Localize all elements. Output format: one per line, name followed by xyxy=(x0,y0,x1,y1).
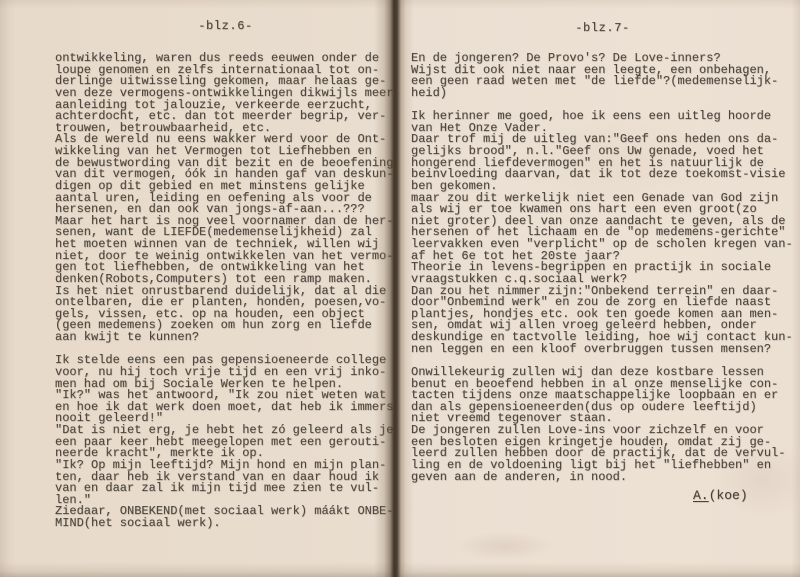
book-scan: -blz.6- ontwikkeling, waren dus reeds ee… xyxy=(0,0,800,577)
page-6-text: ontwikkeling, waren dus reeds eeuwen ond… xyxy=(55,53,393,530)
signature-name: (koe) xyxy=(709,488,748,503)
signature-initial: A. xyxy=(693,488,709,503)
page-number-6: -blz.6- xyxy=(55,19,396,33)
page-number-7: -blz.7- xyxy=(411,21,794,35)
page-7-text: En de jongeren? De Provo's? De Love-inne… xyxy=(411,53,793,483)
page-gutter-shadow xyxy=(374,0,414,577)
author-signature: A.(koe) xyxy=(693,488,748,503)
